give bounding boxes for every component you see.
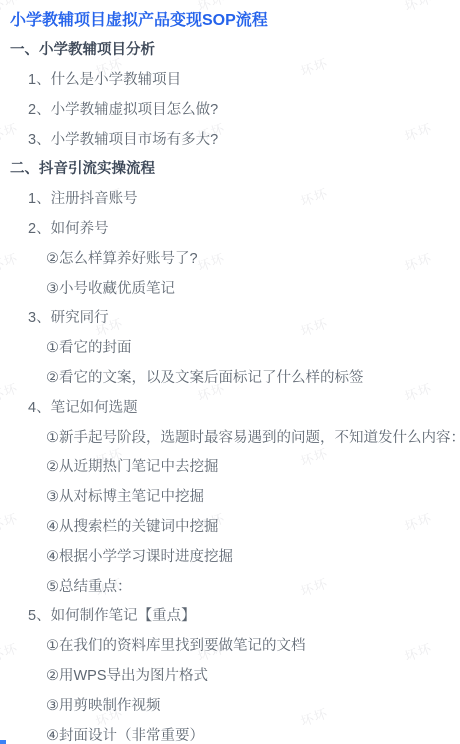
document-body: 小学教辅项目虚拟产品变现SOP流程 一、小学教辅项目分析1、什么是小学教辅项目2…: [0, 0, 460, 744]
outline-item: ①新手起号阶段，选题时最容易遇到的问题，不知道发什么内容：: [0, 421, 460, 451]
outline-section-heading: 二、抖音引流实操流程: [0, 153, 460, 183]
document-title: 小学教辅项目虚拟产品变现SOP流程: [0, 4, 460, 34]
outline-item: 1、注册抖音账号: [0, 183, 460, 213]
outline: 一、小学教辅项目分析1、什么是小学教辅项目2、小学教辅虚拟项目怎么做?3、小学教…: [0, 34, 460, 744]
outline-item: 4、笔记如何选题: [0, 391, 460, 421]
outline-item: ①看它的封面: [0, 332, 460, 362]
outline-item: ②用WPS导出为图片格式: [0, 660, 460, 690]
outline-item: ②从近期热门笔记中去挖掘: [0, 451, 460, 481]
cutoff-corner-element: [0, 740, 6, 744]
outline-item: 2、小学教辅虚拟项目怎么做?: [0, 93, 460, 123]
outline-item: 1、什么是小学教辅项目: [0, 64, 460, 94]
outline-item: ③从对标博主笔记中挖掘: [0, 481, 460, 511]
outline-item: ③用剪映制作视频: [0, 689, 460, 719]
outline-item: 2、如何养号: [0, 213, 460, 243]
outline-item: ②怎么样算养好账号了?: [0, 242, 460, 272]
outline-item: ④根据小学学习课时进度挖掘: [0, 540, 460, 570]
outline-item: ③小号收藏优质笔记: [0, 272, 460, 302]
outline-item: ⑤总结重点：: [0, 570, 460, 600]
outline-item: 3、研究同行: [0, 302, 460, 332]
outline-item: ①在我们的资料库里找到要做笔记的文档: [0, 630, 460, 660]
outline-item: 3、小学教辅项目市场有多大?: [0, 123, 460, 153]
outline-item: ②看它的文案，以及文案后面标记了什么样的标签: [0, 362, 460, 392]
outline-section-heading: 一、小学教辅项目分析: [0, 34, 460, 64]
outline-item: ④从搜索栏的关键词中挖掘: [0, 511, 460, 541]
outline-item: 5、如何制作笔记【重点】: [0, 600, 460, 630]
outline-item: ④封面设计（非常重要）: [0, 719, 460, 744]
